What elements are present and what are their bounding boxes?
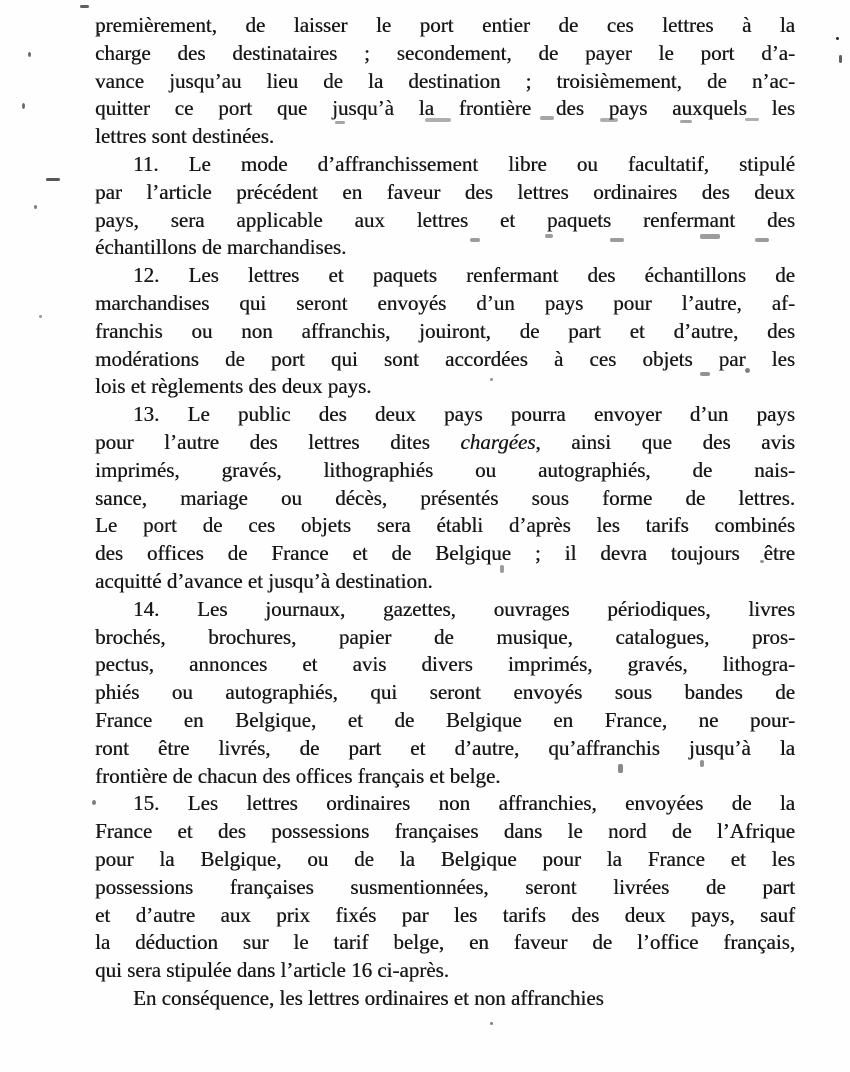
text-line: pour la Belgique, ou de la Belgique pour…	[95, 846, 795, 874]
text-line: lettres sont destinées.	[95, 123, 795, 151]
ink-speck	[425, 118, 451, 122]
text-line: la déduction sur le tarif belge, en fave…	[95, 929, 795, 957]
ink-speck	[839, 55, 842, 63]
text-line: possessions françaises susmentionnées, s…	[95, 874, 795, 902]
text-line: France et des possessions françaises dan…	[95, 818, 795, 846]
text-line: acquitté d’avance et jusqu’à destination…	[95, 568, 795, 596]
text-line: phiés ou autographiés, qui seront envoyé…	[95, 679, 795, 707]
text-line: franchis ou non affranchis, jouiront, de…	[95, 318, 795, 346]
text-line: 15. Les lettres ordinaires non affranchi…	[95, 790, 795, 818]
paragraph-article-15: 15. Les lettres ordinaires non affranchi…	[95, 790, 795, 985]
ink-speck	[545, 234, 553, 238]
ink-speck	[745, 118, 759, 121]
paragraph: premièrement, de laisser le port entier …	[95, 12, 795, 151]
text-line: échantillons de marchandises.	[95, 234, 795, 262]
italic-term: chargées	[460, 430, 535, 454]
ink-speck	[490, 378, 493, 381]
ink-speck	[34, 205, 37, 209]
paragraph-closing: En conséquence, les lettres ordinaires e…	[95, 985, 795, 1013]
text-block: premièrement, de laisser le port entier …	[95, 12, 795, 1013]
text-line: En conséquence, les lettres ordinaires e…	[95, 985, 795, 1013]
ink-speck	[700, 234, 720, 239]
paragraph-article-12: 12. Les lettres et paquets renfermant de…	[95, 262, 795, 401]
ink-speck	[490, 1022, 493, 1025]
ink-speck	[836, 37, 839, 40]
text-line: vance jusqu’au lieu de la destination ; …	[95, 68, 795, 96]
ink-speck	[618, 764, 623, 773]
text-line: pays, sera applicable aux lettres et paq…	[95, 207, 795, 235]
ink-speck	[22, 103, 25, 109]
ink-speck	[760, 560, 764, 563]
ink-speck	[80, 5, 89, 8]
ink-speck	[335, 121, 345, 124]
paragraph-article-13: 13. Le public des deux pays pourra envoy…	[95, 401, 795, 596]
ink-speck	[46, 178, 60, 181]
text-line: par l’article précédent en faveur des le…	[95, 179, 795, 207]
text-line: 13. Le public des deux pays pourra envoy…	[95, 401, 795, 429]
ink-speck	[28, 52, 31, 57]
text-line: 11. Le mode d’affranchissement libre ou …	[95, 151, 795, 179]
ink-speck	[97, 33, 100, 36]
ink-speck	[470, 238, 480, 242]
scanned-page: premièrement, de laisser le port entier …	[0, 0, 850, 1072]
text-line: 14. Les journaux, gazettes, ouvrages pér…	[95, 596, 795, 624]
paragraph-article-14: 14. Les journaux, gazettes, ouvrages pér…	[95, 596, 795, 791]
text-line: brochés, brochures, papier de musique, c…	[95, 624, 795, 652]
text-line: pour l’autre des lettres dites chargées,…	[95, 429, 795, 457]
paragraph-article-11: 11. Le mode d’affranchissement libre ou …	[95, 151, 795, 262]
text-line: qui sera stipulée dans l’article 16 ci-a…	[95, 957, 795, 985]
ink-speck	[700, 760, 704, 767]
text-line: charge des destinataires ; secondement, …	[95, 40, 795, 68]
text-line: pectus, annonces et avis divers imprimés…	[95, 651, 795, 679]
text-line: France en Belgique, et de Belgique en Fr…	[95, 707, 795, 735]
text-line: lois et règlements des deux pays.	[95, 373, 795, 401]
text-line: premièrement, de laisser le port entier …	[95, 12, 795, 40]
ink-speck	[610, 238, 624, 242]
text-line: imprimés, gravés, lithographiés ou autog…	[95, 457, 795, 485]
ink-speck	[92, 800, 96, 805]
text-line: et d’autre aux prix fixés par les tarifs…	[95, 902, 795, 930]
ink-speck	[39, 315, 42, 318]
text-segment: pour l’autre des lettres dites	[95, 430, 460, 454]
ink-speck	[600, 118, 618, 122]
text-line: marchandises qui seront envoyés d’un pay…	[95, 290, 795, 318]
ink-speck	[500, 565, 504, 573]
ink-speck	[755, 238, 769, 242]
text-line: modérations de port qui sont accordées à…	[95, 346, 795, 374]
text-line: sance, mariage ou décès, présentés sous …	[95, 485, 795, 513]
text-line: 12. Les lettres et paquets renfermant de…	[95, 262, 795, 290]
text-line: frontière de chacun des offices français…	[95, 763, 795, 791]
text-segment: , ainsi que des avis	[535, 430, 795, 454]
ink-speck	[680, 120, 692, 123]
ink-speck	[700, 372, 710, 376]
ink-speck	[745, 368, 750, 373]
text-line: Le port de ces objets sera établi d’aprè…	[95, 512, 795, 540]
text-line: ront être livrés, de part et d’autre, qu…	[95, 735, 795, 763]
ink-speck	[540, 116, 554, 120]
text-line: des offices de France et de Belgique ; i…	[95, 540, 795, 568]
